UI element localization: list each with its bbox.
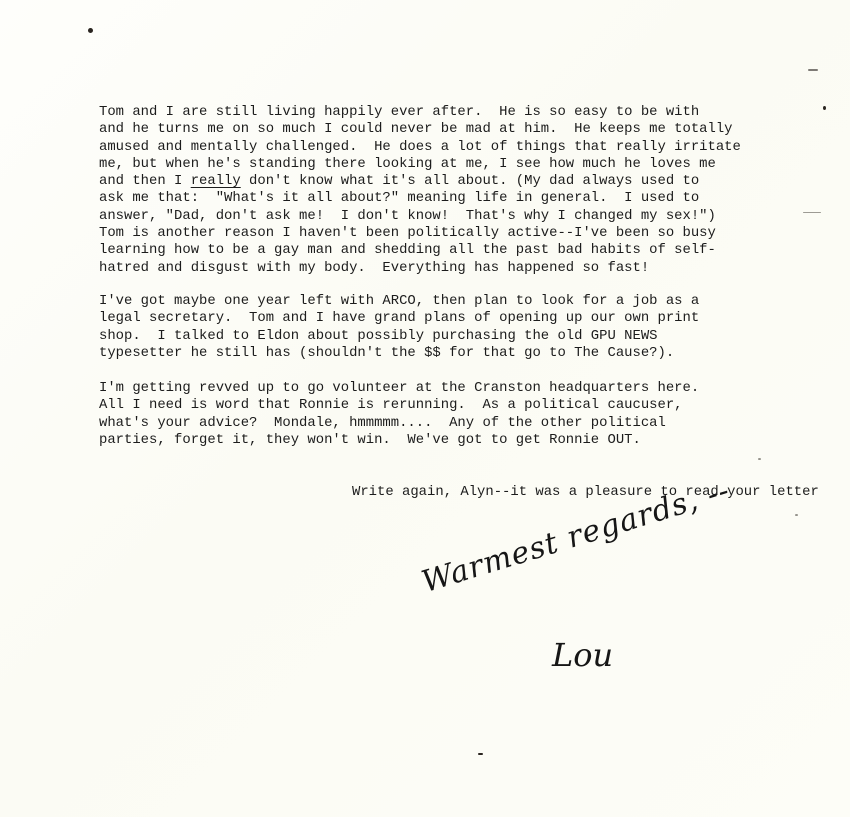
text-line: me, but when he's standing there looking… — [99, 156, 741, 173]
text-line: I've got maybe one year left with ARCO, … — [99, 293, 699, 310]
paper-speck — [88, 28, 93, 33]
paragraph-1: Tom and I are still living happily ever … — [99, 104, 741, 277]
text-line: learning how to be a gay man and sheddin… — [99, 242, 741, 259]
text-line: and he turns me on so much I could never… — [99, 121, 741, 138]
paper-speck — [795, 514, 798, 516]
paper-speck — [803, 212, 821, 213]
paper-speck — [823, 106, 826, 110]
text-line: parties, forget it, they won't win. We'v… — [99, 432, 699, 449]
text-line: legal secretary. Tom and I have grand pl… — [99, 310, 699, 327]
text-line: hatred and disgust with my body. Everyth… — [99, 260, 741, 277]
text-line: All I need is word that Ronnie is rerunn… — [99, 397, 699, 414]
text-line: Tom is another reason I haven't been pol… — [99, 225, 741, 242]
text-segment: and then I — [99, 173, 191, 189]
closing-line: Write again, Alyn--it was a pleasure to … — [352, 484, 819, 501]
text-segment: hatred and disgust with my body. Everyth… — [99, 260, 649, 276]
text-line: I'm getting revved up to go volunteer at… — [99, 380, 699, 397]
text-segment: shop. I talked to Eldon about possibly p… — [99, 328, 658, 344]
text-segment: and he turns me on so much I could never… — [99, 121, 733, 137]
handwritten-signature: Lou — [552, 636, 613, 674]
text-segment: All I need is word that Ronnie is rerunn… — [99, 397, 683, 413]
text-segment: ask me that: "What's it all about?" mean… — [99, 190, 699, 206]
text-segment: typesetter he still has (shouldn't the $… — [99, 345, 674, 361]
text-segment: I'm getting revved up to go volunteer at… — [99, 380, 699, 396]
text-segment: I've got maybe one year left with ARCO, … — [99, 293, 699, 309]
paper-speck — [758, 458, 761, 460]
text-segment: learning how to be a gay man and sheddin… — [99, 242, 716, 258]
text-segment: parties, forget it, they won't win. We'v… — [99, 432, 641, 448]
text-segment: me, but when he's standing there looking… — [99, 156, 716, 172]
text-line: shop. I talked to Eldon about possibly p… — [99, 328, 699, 345]
text-segment: amused and mentally challenged. He does … — [99, 139, 741, 155]
scanned-letter-page: Tom and I are still living happily ever … — [0, 0, 850, 817]
text-segment: legal secretary. Tom and I have grand pl… — [99, 310, 699, 326]
underlined-word: really — [191, 173, 241, 189]
text-segment: don't know what it's all about. (My dad … — [241, 173, 699, 189]
text-line: typesetter he still has (shouldn't the $… — [99, 345, 699, 362]
paper-speck — [808, 69, 818, 71]
text-segment: Tom is another reason I haven't been pol… — [99, 225, 716, 241]
text-segment: what's your advice? Mondale, hmmmmm.... … — [99, 415, 666, 431]
text-line: and then I really don't know what it's a… — [99, 173, 741, 190]
text-line: ask me that: "What's it all about?" mean… — [99, 190, 741, 207]
text-line: answer, "Dad, don't ask me! I don't know… — [99, 208, 741, 225]
text-line: what's your advice? Mondale, hmmmmm.... … — [99, 415, 699, 432]
text-segment: Tom and I are still living happily ever … — [99, 104, 699, 120]
text-segment: answer, "Dad, don't ask me! I don't know… — [99, 208, 716, 224]
text-line: Tom and I are still living happily ever … — [99, 104, 741, 121]
paper-speck — [478, 753, 483, 755]
paragraph-2: I've got maybe one year left with ARCO, … — [99, 293, 699, 362]
text-line: amused and mentally challenged. He does … — [99, 139, 741, 156]
paragraph-3: I'm getting revved up to go volunteer at… — [99, 380, 699, 449]
